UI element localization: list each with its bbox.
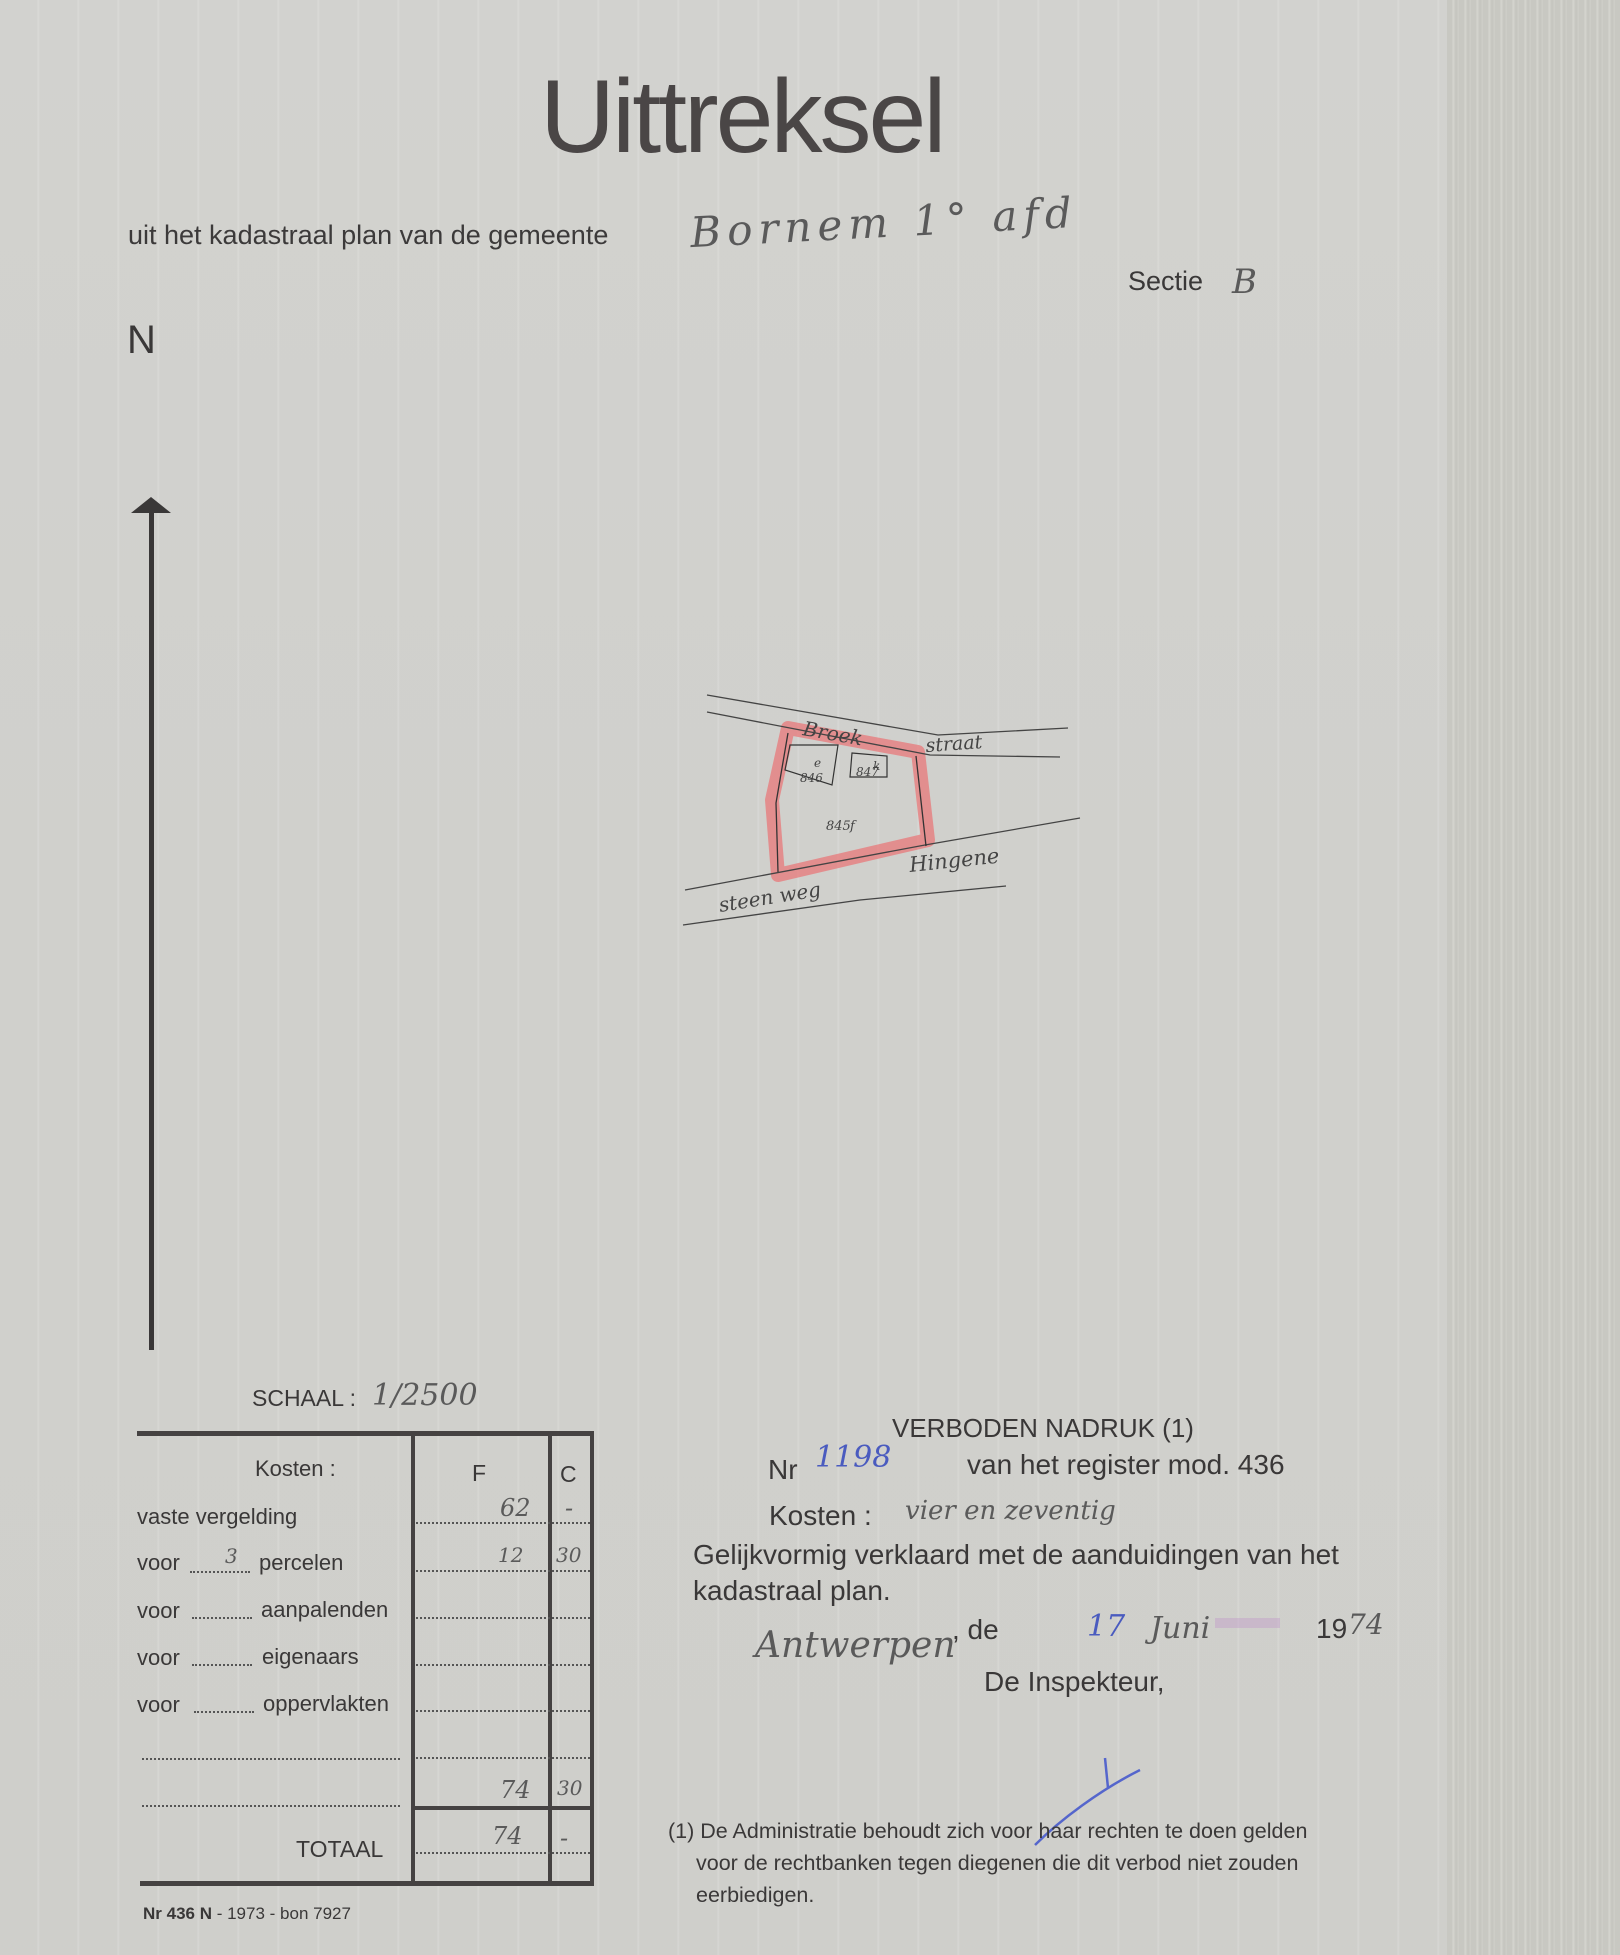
signatory-label: De Inspekteur,	[984, 1666, 1165, 1698]
schaal-label: SCHAAL :	[252, 1385, 356, 1412]
total-c: -	[560, 1824, 568, 1852]
year-prefix: 19	[1316, 1613, 1347, 1645]
street-label-steenweg: steen weg	[717, 877, 822, 917]
nr-value: 1198	[815, 1440, 891, 1475]
footnote-line-1: (1) De Administratie behoudt zich voor h…	[668, 1816, 1307, 1846]
footnote-line-2: voor de rechtbanken tegen diegenen die d…	[696, 1848, 1298, 1878]
total-label: TOTAAL	[296, 1836, 383, 1863]
svg-text:f: f	[849, 819, 857, 834]
footnote-line-3: eerbiedigen.	[696, 1880, 814, 1910]
date-de: , de	[952, 1614, 999, 1646]
total-f: 74	[492, 1822, 523, 1850]
costs-header: Kosten :	[255, 1456, 336, 1482]
scan-margin	[1447, 0, 1620, 1955]
form-code: Nr 436 N - 1973 - bon 7927	[143, 1904, 351, 1924]
place-handwritten: Antwerpen	[755, 1625, 956, 1666]
svg-text:e: e	[814, 756, 821, 770]
street-label-straat: straat	[925, 731, 984, 757]
north-label: N	[127, 318, 156, 363]
faded-stamp	[1215, 1618, 1280, 1628]
declaration-heading: VERBODEN NADRUK (1)	[892, 1413, 1194, 1444]
svg-text:k: k	[873, 759, 880, 773]
north-arrow-shaft	[149, 505, 154, 1350]
gemeente-handwritten: Bornem 1° afd	[689, 188, 1079, 257]
schaal-value: 1/2500	[372, 1378, 478, 1413]
register-text: van het register mod. 436	[967, 1449, 1285, 1481]
parcel-846: 846	[800, 771, 823, 785]
date-day: 17	[1087, 1609, 1125, 1644]
year-value: 74	[1348, 1608, 1384, 1641]
kosten-label: Kosten :	[769, 1500, 872, 1532]
statement-line-1: Gelijkvormig verklaard met de aanduiding…	[693, 1539, 1339, 1571]
subtitle: uit het kadastraal plan van de gemeente	[128, 220, 608, 251]
nr-label: Nr	[768, 1454, 798, 1486]
col-f-header: F	[472, 1460, 486, 1487]
parcel-845: 845	[826, 819, 851, 834]
statement-line-2: kadastraal plan.	[693, 1575, 891, 1607]
cadastral-map: Broek straat steen weg Hingene 846 847 8…	[680, 690, 1100, 950]
document-title: Uittreksel	[540, 58, 943, 177]
document-page: Uittreksel uit het kadastraal plan van d…	[0, 0, 1447, 1955]
sectie-label: Sectie	[1128, 266, 1203, 297]
sectie-value: B	[1232, 262, 1257, 302]
col-c-header: C	[560, 1461, 577, 1488]
kosten-value: vier en zeventig	[905, 1496, 1116, 1526]
date-month: Juni	[1150, 1611, 1210, 1646]
